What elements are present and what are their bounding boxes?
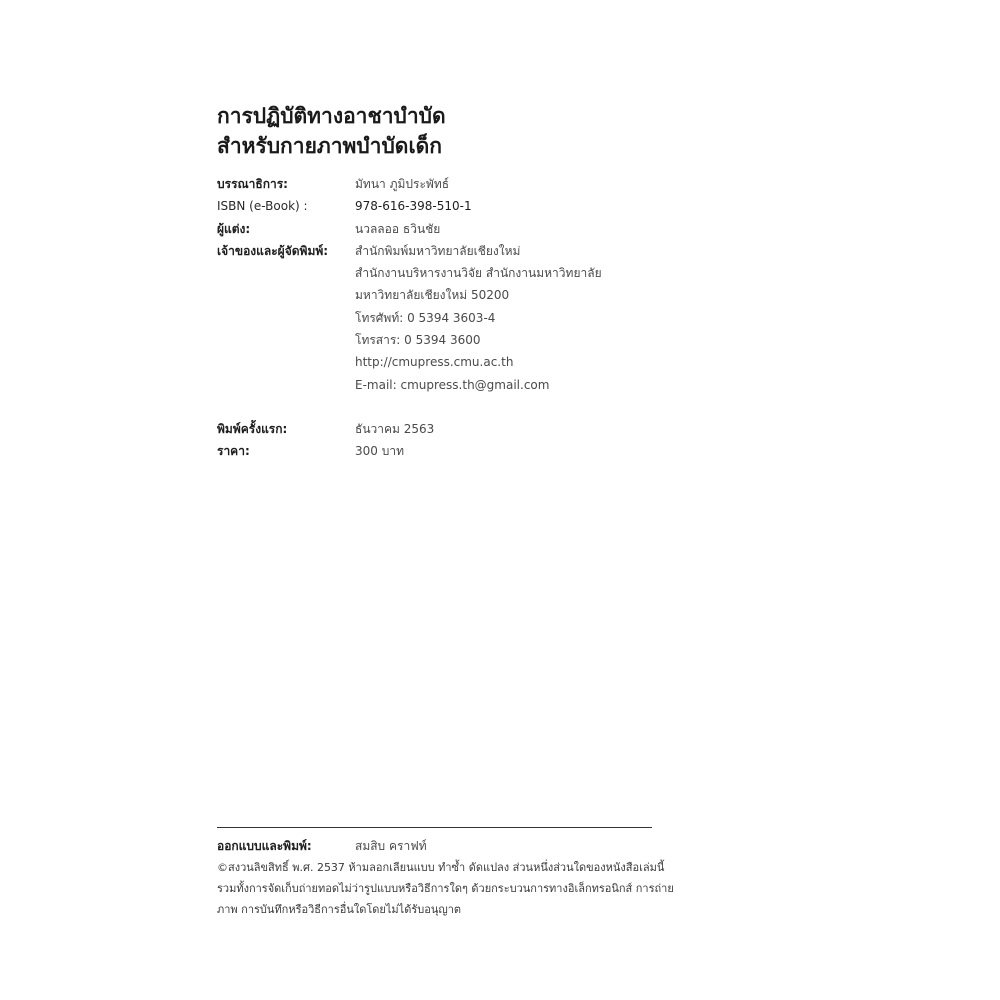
publisher-name: สำนักพิมพ์มหาวิทยาลัยเชียงใหม่ bbox=[355, 240, 602, 262]
publisher-address: มหาวิทยาลัยเชียงใหม่ 50200 bbox=[355, 284, 602, 306]
first-print-row: พิมพ์ครั้งแรก: ธันวาคม 2563 bbox=[217, 418, 677, 440]
copyright-line-2: รวมทั้งการจัดเก็บถ่ายทอดไม่ว่ารูปแบบหรือ… bbox=[217, 878, 655, 899]
publication-details: บรรณาธิการ: มัทนา ภูมิประพัทธ์ ISBN (e-B… bbox=[217, 173, 677, 463]
footer: ออกแบบและพิมพ์: สมสิบ คราฟท์ ©สงวนลิขสิท… bbox=[217, 827, 655, 920]
copyright-line-3: ภาพ การบันทึกหรือวิธีการอื่นใดโดยไม่ได้ร… bbox=[217, 899, 655, 920]
editor-label: บรรณาธิการ: bbox=[217, 173, 355, 195]
isbn-value: 978-616-398-510-1 bbox=[355, 195, 472, 217]
book-title-line-1: การปฏิบัติทางอาชาบำบัด bbox=[217, 101, 446, 131]
author-value: นวลลออ ธวินชัย bbox=[355, 218, 440, 240]
publisher-phone: โทรศัพท์: 0 5394 3603-4 bbox=[355, 307, 602, 329]
publisher-info: สำนักพิมพ์มหาวิทยาลัยเชียงใหม่ สำนักงานบ… bbox=[355, 240, 602, 396]
isbn-label: ISBN (e-Book) : bbox=[217, 195, 355, 217]
publisher-fax: โทรสาร: 0 5394 3600 bbox=[355, 329, 602, 351]
publisher-label: เจ้าของและผู้จัดพิมพ์: bbox=[217, 240, 355, 396]
isbn-row: ISBN (e-Book) : 978-616-398-510-1 bbox=[217, 195, 677, 217]
design-print-row: ออกแบบและพิมพ์: สมสิบ คราฟท์ bbox=[217, 836, 655, 857]
copyright-line-1: ©สงวนลิขสิทธิ์ พ.ศ. 2537 ห้ามลอกเลียนแบบ… bbox=[217, 857, 655, 878]
publisher-email-link[interactable]: E-mail: cmupress.th@gmail.com bbox=[355, 374, 602, 396]
design-print-label: ออกแบบและพิมพ์: bbox=[217, 836, 355, 857]
footer-divider bbox=[217, 827, 652, 828]
copyright-notice: ©สงวนลิขสิทธิ์ พ.ศ. 2537 ห้ามลอกเลียนแบบ… bbox=[217, 857, 655, 920]
editor-row: บรรณาธิการ: มัทนา ภูมิประพัทธ์ bbox=[217, 173, 677, 195]
copyright-page: การปฏิบัติทางอาชาบำบัด สำหรับกายภาพบำบัด… bbox=[0, 0, 1000, 1000]
first-print-label: พิมพ์ครั้งแรก: bbox=[217, 418, 355, 440]
publisher-office: สำนักงานบริหารงานวิจัย สำนักงานมหาวิทยาล… bbox=[355, 262, 602, 284]
price-value: 300 บาท bbox=[355, 440, 404, 462]
author-row: ผู้แต่ง: นวลลออ ธวินชัย bbox=[217, 218, 677, 240]
publisher-website-link[interactable]: http://cmupress.cmu.ac.th bbox=[355, 351, 602, 373]
author-label: ผู้แต่ง: bbox=[217, 218, 355, 240]
editor-value: มัทนา ภูมิประพัทธ์ bbox=[355, 173, 449, 195]
publisher-row: เจ้าของและผู้จัดพิมพ์: สำนักพิมพ์มหาวิทย… bbox=[217, 240, 677, 396]
book-title: การปฏิบัติทางอาชาบำบัด สำหรับกายภาพบำบัด… bbox=[217, 101, 446, 161]
first-print-value: ธันวาคม 2563 bbox=[355, 418, 434, 440]
design-print-value: สมสิบ คราฟท์ bbox=[355, 836, 427, 857]
spacer bbox=[217, 396, 677, 418]
price-row: ราคา: 300 บาท bbox=[217, 440, 677, 462]
price-label: ราคา: bbox=[217, 440, 355, 462]
book-title-line-2: สำหรับกายภาพบำบัดเด็ก bbox=[217, 131, 446, 161]
